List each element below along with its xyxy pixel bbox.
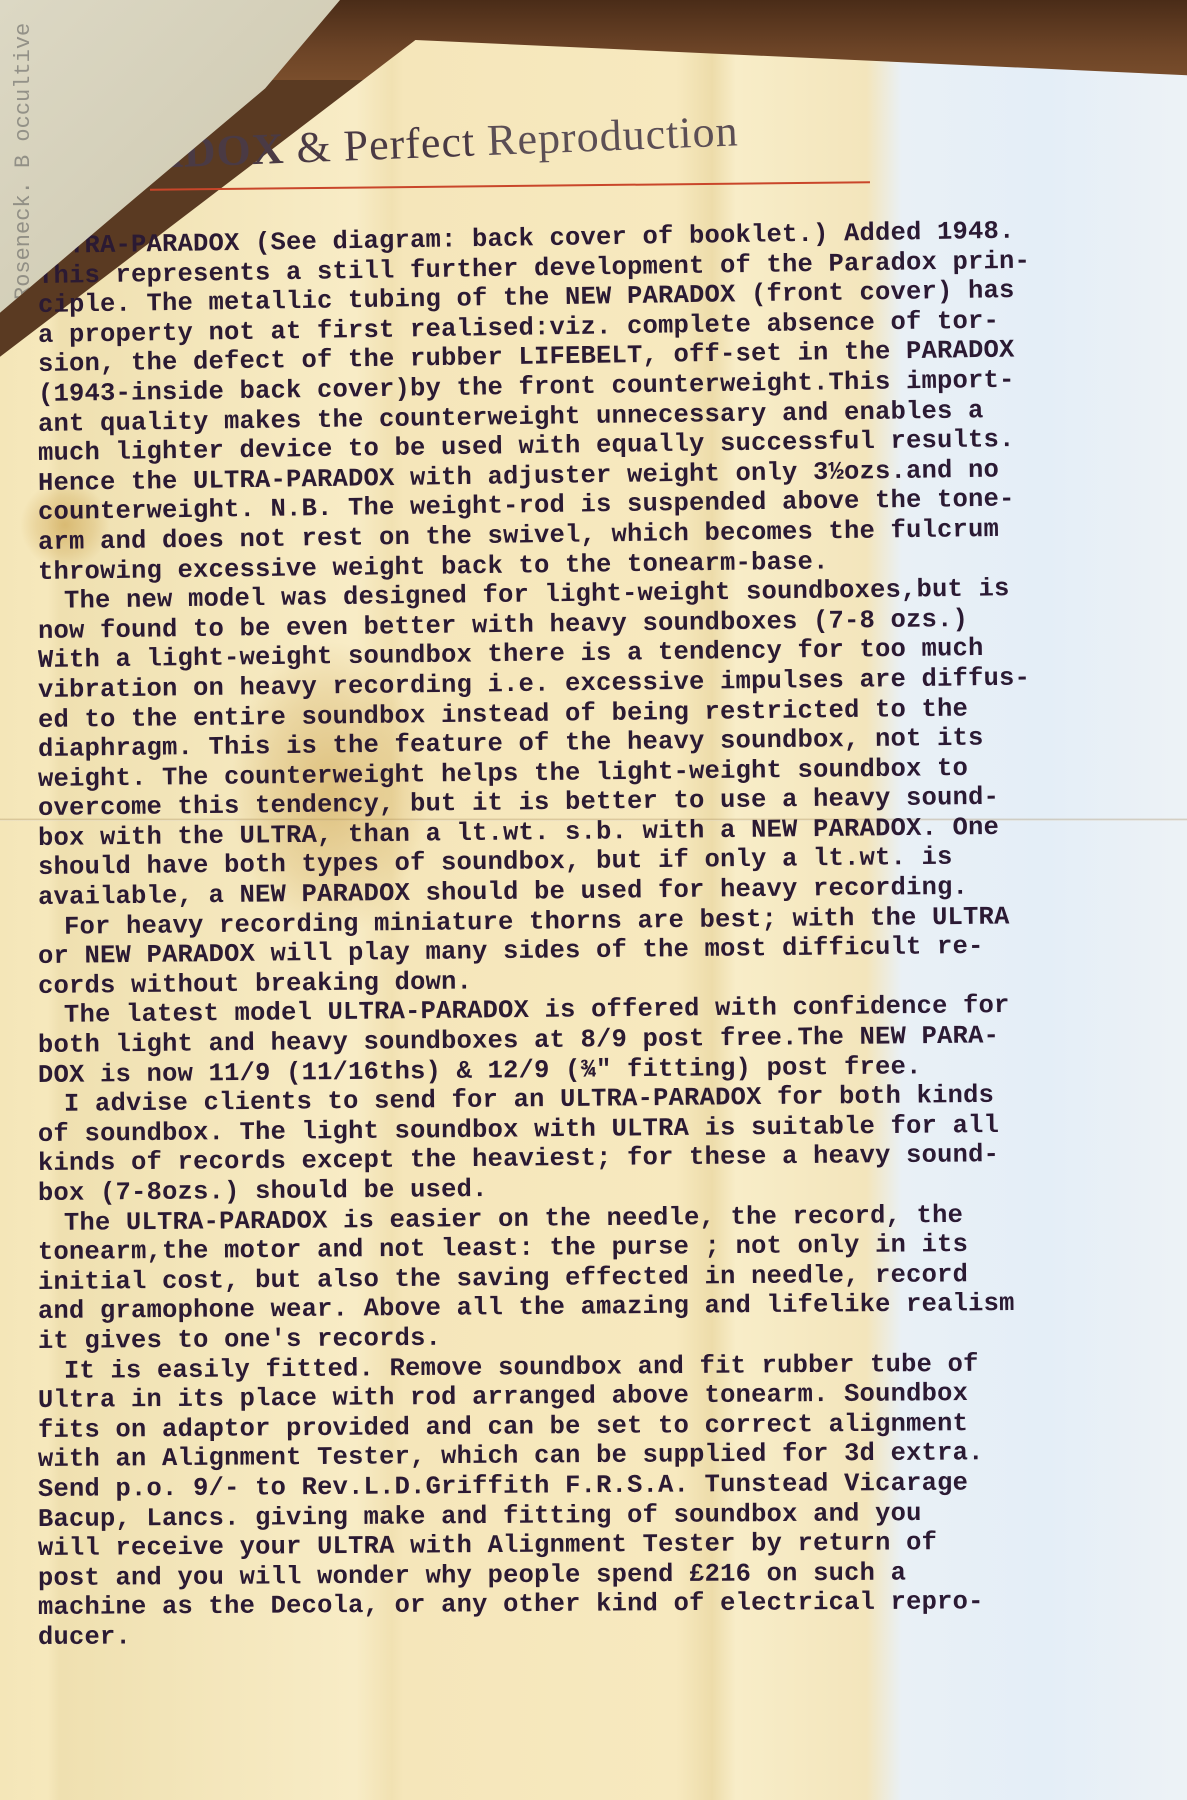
paragraph: The new model was designed for light-wei… bbox=[38, 587, 1187, 913]
paragraph: The ULTRA-PARADOX is easier on the needl… bbox=[38, 1209, 1187, 1357]
paragraph: I advise clients to send for an ULTRA-PA… bbox=[38, 1090, 1187, 1208]
heading-light: Reproduction bbox=[486, 106, 739, 165]
paragraph: For heavy recording miniature thorns are… bbox=[38, 913, 1187, 1002]
text-line: ducer. bbox=[38, 1616, 1187, 1652]
heading-middle: & Perfect bbox=[284, 116, 489, 173]
paragraph: The latest model ULTRA-PARADOX is offere… bbox=[38, 1001, 1187, 1090]
document-body: ULTRA-PARADOX (See diagram: back cover o… bbox=[38, 232, 1187, 1653]
paragraph: ULTRA-PARADOX (See diagram: back cover o… bbox=[38, 232, 1187, 587]
paragraph: It is easily fitted. Remove soundbox and… bbox=[38, 1357, 1187, 1653]
